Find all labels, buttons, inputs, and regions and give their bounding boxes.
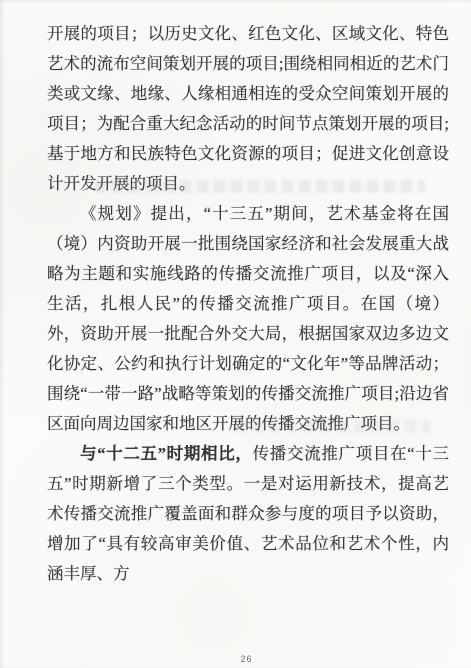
text-run: 开展的项目；以历史文化、红色文化、区域文化、特色艺术的流布空间策划开展的项目;围…	[47, 24, 449, 193]
page-number: 26	[0, 654, 471, 664]
bold-text-run: 与“十二五”时期相比，	[80, 444, 253, 463]
paragraph: 开展的项目；以历史文化、红色文化、区域文化、特色艺术的流布空间策划开展的项目;围…	[47, 19, 449, 199]
paragraph: 《规划》提出，“十三五”期间，艺术基金将在国（境）内资助开展一批围绕国家经济和社…	[47, 199, 449, 439]
text-block: 开展的项目；以历史文化、红色文化、区域文化、特色艺术的流布空间策划开展的项目;围…	[47, 19, 449, 589]
text-run: 传播交流推广项目在“十三五”时期新增了三个类型。一是对运用新技术，提高艺术传播交…	[47, 444, 449, 583]
paragraph: 与“十二五”时期相比，传播交流推广项目在“十三五”时期新增了三个类型。一是对运用…	[47, 439, 449, 589]
text-run: 《规划》提出，“十三五”期间，艺术基金将在国（境）内资助开展一批围绕国家经济和社…	[47, 204, 449, 433]
document-page: 开展的项目；以历史文化、红色文化、区域文化、特色艺术的流布空间策划开展的项目;围…	[0, 0, 471, 668]
